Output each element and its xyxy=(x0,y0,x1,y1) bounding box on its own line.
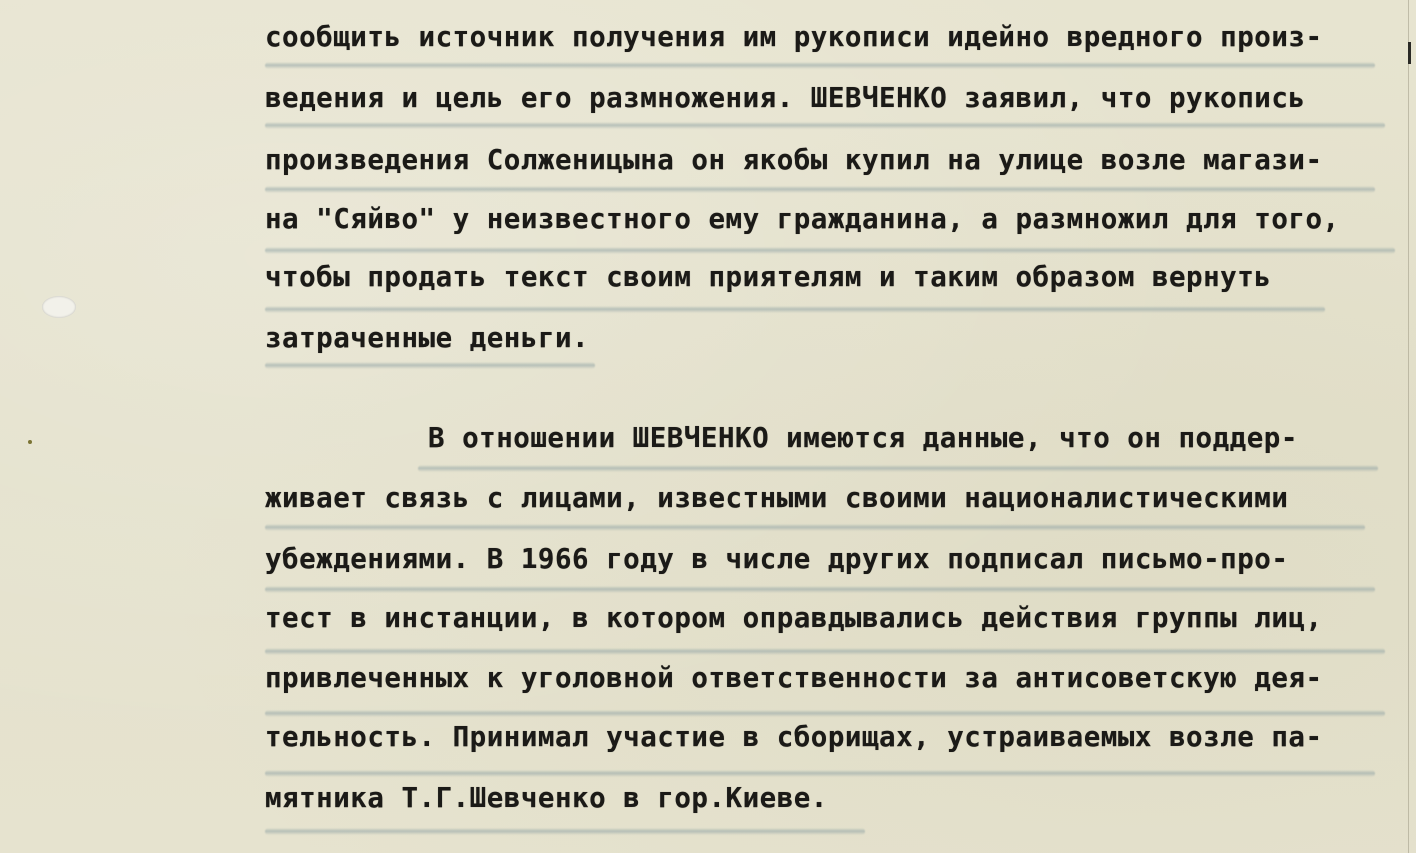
pencil-underline xyxy=(265,770,1375,777)
pencil-underline xyxy=(265,648,1385,655)
text-line: тельность. Принимал участие в сборищах, … xyxy=(265,724,1323,752)
pencil-underline xyxy=(265,710,1385,717)
edge-mark xyxy=(1408,42,1411,64)
text-line: привлеченных к уголовной ответственности… xyxy=(265,665,1323,693)
pencil-underline xyxy=(265,524,1365,531)
paper-speck xyxy=(28,440,32,444)
pencil-underline xyxy=(265,122,1385,129)
text-line: сообщить источник получения им рукописи … xyxy=(265,24,1323,52)
text-line: на "Сяйво" у неизвестного ему гражданина… xyxy=(265,206,1340,234)
pencil-underline xyxy=(265,186,1375,193)
text-line: ведения и цель его размножения. ШЕВЧЕНКО… xyxy=(265,85,1305,113)
text-line: чтобы продать текст своим приятелям и та… xyxy=(265,264,1271,292)
text-line: затраченные деньги. xyxy=(265,325,589,353)
typewritten-document-page: сообщить источник получения им рукописи … xyxy=(0,0,1416,853)
pencil-underline xyxy=(265,306,1325,313)
text-line: убеждениями. В 1966 году в числе других … xyxy=(265,546,1288,574)
pencil-underline xyxy=(418,465,1378,472)
pencil-underline xyxy=(265,247,1395,254)
page-edge xyxy=(1408,0,1409,853)
text-line: тест в инстанции, в котором оправдывалис… xyxy=(265,605,1323,633)
text-line: живает связь с лицами, известными своими… xyxy=(265,485,1288,513)
pencil-underline xyxy=(265,828,865,835)
pencil-underline xyxy=(265,586,1375,593)
text-line: В отношении ШЕВЧЕНКО имеются данные, что… xyxy=(428,425,1298,453)
pencil-underline xyxy=(265,362,595,369)
punch-hole xyxy=(42,296,76,318)
text-line: произведения Солженицына он якобы купил … xyxy=(265,147,1323,175)
pencil-underline xyxy=(265,62,1375,69)
text-line: мятника Т.Г.Шевченко в гор.Киеве. xyxy=(265,785,828,813)
